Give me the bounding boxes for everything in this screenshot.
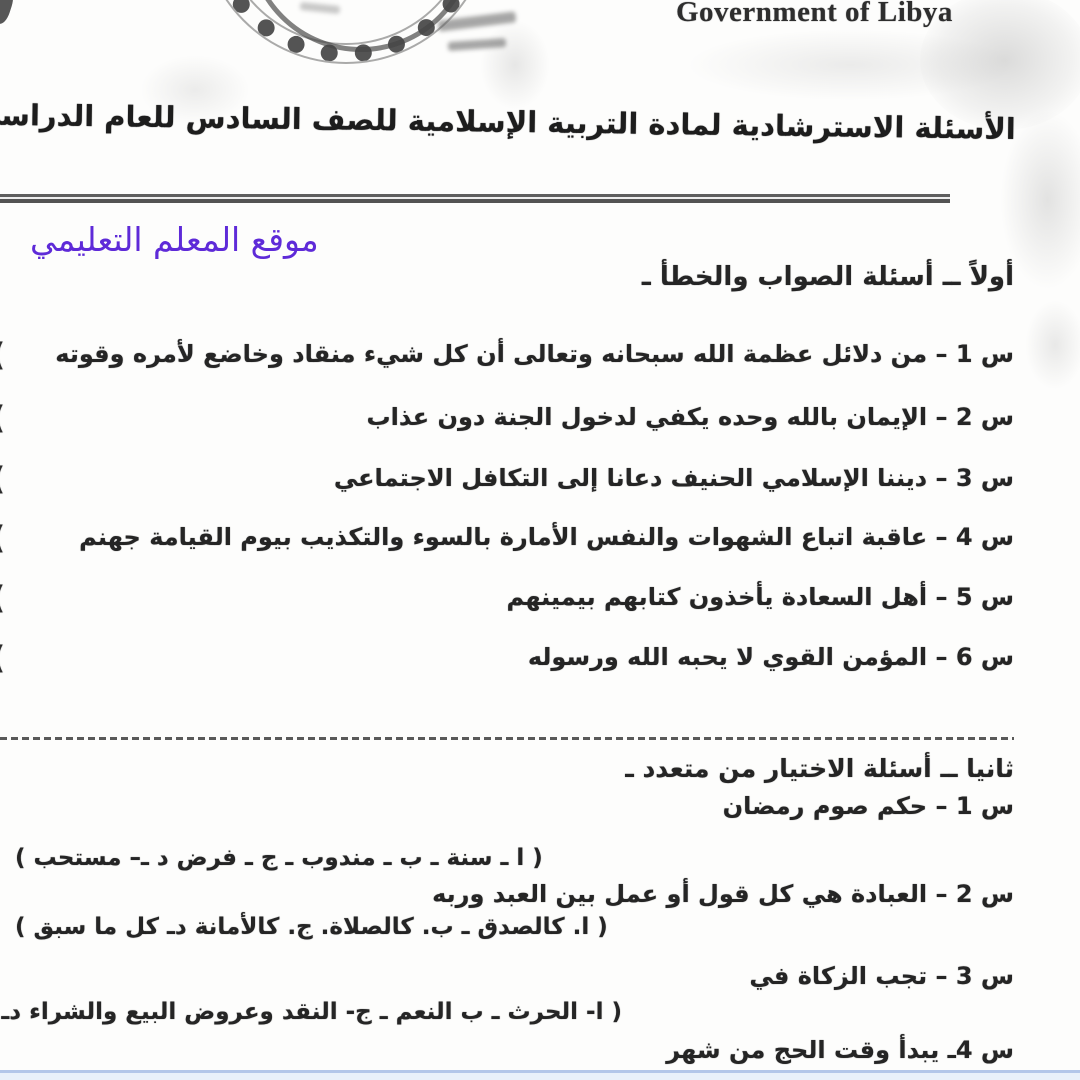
answer-paren: ( bbox=[0, 340, 5, 370]
government-label: Government of Libya bbox=[676, 0, 953, 29]
tf-question-6: س 6 – المؤمن القوي لا يحبه الله ورسوله bbox=[528, 643, 1014, 671]
mc-options-3: ( ا- الحرث ـ ب النعم ـ ج- النقد وعروض ال… bbox=[0, 999, 622, 1025]
answer-paren: ( bbox=[0, 523, 5, 553]
tf-question-5: س 5 – أهل السعادة يأخذون كتابهم بيمينهم bbox=[507, 583, 1015, 611]
answer-paren: ( bbox=[0, 643, 5, 673]
mc-section-heading: ثانيا ــ أسئلة الاختيار من متعدد ـ bbox=[625, 754, 1014, 783]
tf-question-row: س 3 – ديننا الإسلامي الحنيف دعانا إلى ال… bbox=[0, 464, 1014, 494]
tf-section-heading: أولاً ــ أسئلة الصواب والخطأ ـ bbox=[642, 262, 1014, 292]
scan-noise-under-government bbox=[690, 30, 1010, 100]
answer-paren: ( bbox=[0, 464, 5, 494]
document-title: الأسئلة الاسترشادية لمادة التربية الإسلا… bbox=[0, 97, 1016, 146]
mc-question-2: س 2 – العبادة هي كل قول أو عمل بين العبد… bbox=[432, 880, 1014, 908]
tf-question-3: س 3 – ديننا الإسلامي الحنيف دعانا إلى ال… bbox=[334, 464, 1014, 492]
scanned-exam-page: { "page": { "government_label": "Governm… bbox=[0, 0, 1080, 1080]
tf-question-row: س 4 – عاقبة اتباع الشهوات والنفس الأمارة… bbox=[0, 523, 1014, 553]
dashed-divider bbox=[0, 737, 1014, 740]
mc-options-1: ( ا ـ سنة ـ ب ـ مندوب ـ ج ـ فرض د ـ– مست… bbox=[15, 845, 543, 871]
bottom-margin-area bbox=[0, 1073, 1080, 1080]
tf-question-4: س 4 – عاقبة اتباع الشهوات والنفس الأمارة… bbox=[79, 523, 1014, 551]
answer-paren: ( bbox=[0, 583, 5, 613]
scan-smudge-corner bbox=[0, 0, 16, 26]
seal-center-marks bbox=[448, 38, 506, 51]
tf-question-row: س 1 – من دلائل عظمة الله سبحانه وتعالى أ… bbox=[0, 340, 1014, 370]
title-underline-rule bbox=[0, 194, 950, 203]
tf-question-row: س 2 – الإيمان بالله وحده يكفي لدخول الجن… bbox=[0, 403, 1014, 433]
scan-noise-right-margin bbox=[1025, 300, 1080, 390]
tf-question-row: س 6 – المؤمن القوي لا يحبه الله ورسوله ( bbox=[0, 643, 1014, 673]
mc-question-3: س 3 – تجب الزكاة في bbox=[749, 962, 1014, 990]
mc-options-2: ( ا. كالصدق ـ ب. كالصلاة. ج. كالأمانة دـ… bbox=[15, 914, 608, 940]
answer-paren: ( bbox=[0, 403, 5, 433]
mc-question-1: س 1 – حكم صوم رمضان bbox=[723, 792, 1014, 820]
tf-question-1: س 1 – من دلائل عظمة الله سبحانه وتعالى أ… bbox=[55, 340, 1014, 368]
tf-question-2: س 2 – الإيمان بالله وحده يكفي لدخول الجن… bbox=[367, 403, 1015, 431]
scan-noise-right-of-seal bbox=[480, 20, 550, 110]
mc-question-4: س 4ـ يبدأ وقت الحج من شهر bbox=[666, 1036, 1014, 1064]
site-watermark: موقع المعلم التعليمي bbox=[30, 220, 319, 259]
tf-question-row: س 5 – أهل السعادة يأخذون كتابهم بيمينهم … bbox=[0, 583, 1014, 613]
